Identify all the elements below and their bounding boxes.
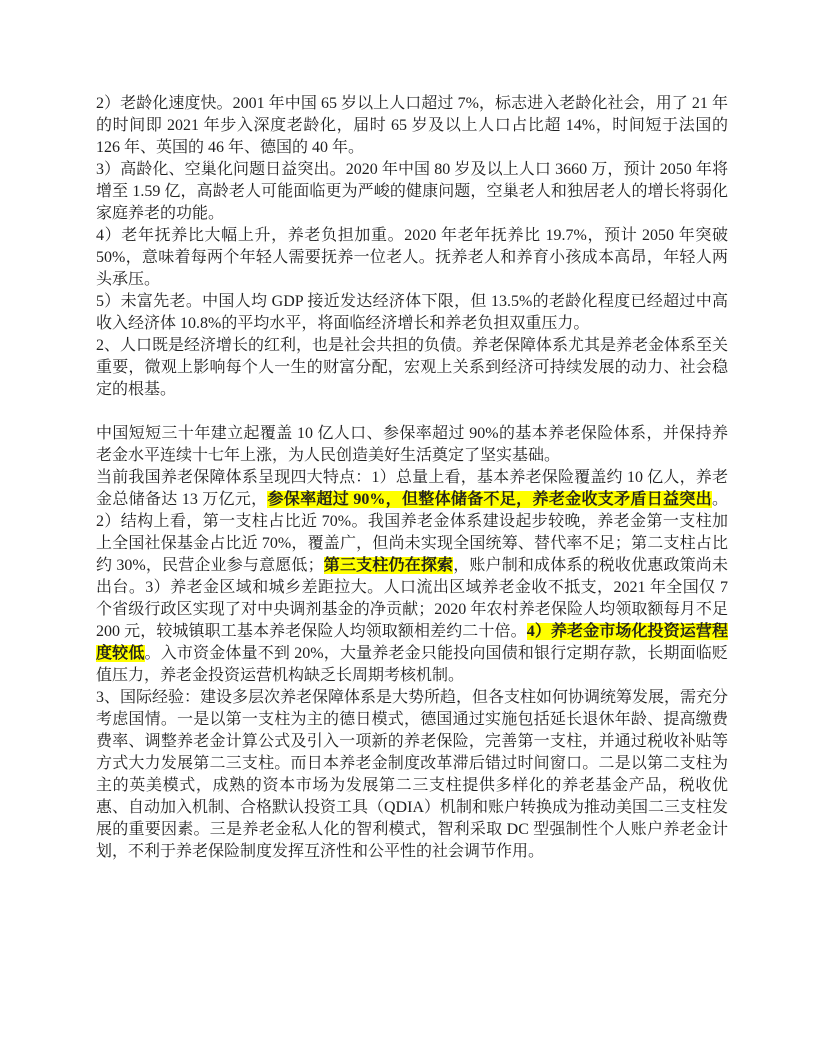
paragraph: 3）高龄化、空巢化问题日益突出。2020 年中国 80 岁及以上人口 3660 … (96, 159, 728, 225)
text-run: 3、国际经验：建设多层次养老保障体系是大势所趋，但各支柱如何协调统筹发展，需充分… (96, 689, 728, 860)
document-body: 2）老龄化速度快。2001 年中国 65 岁以上人口超过 7%，标志进入老龄化社… (96, 93, 728, 863)
text-run: 4）老年抚养比大幅上升，养老负担加重。2020 年老年抚养比 19.7%，预计 … (96, 227, 728, 288)
text-run: 2、人口既是经济增长的红利，也是社会共担的负债。养老保障体系尤其是养老金体系至关… (96, 337, 728, 398)
blank-line (96, 401, 728, 423)
paragraph: 中国短短三十年建立起覆盖 10 亿人口、参保率超过 90%的基本养老保险体系，并… (96, 423, 728, 467)
text-run: 2）老龄化速度快。2001 年中国 65 岁以上人口超过 7%，标志进入老龄化社… (96, 95, 728, 156)
text-run: 。入市资金体量不到 20%，大量养老金只能投向国债和银行定期存款，长期面临贬值压… (96, 645, 728, 684)
paragraph: 2、人口既是经济增长的红利，也是社会共担的负债。养老保障体系尤其是养老金体系至关… (96, 335, 728, 401)
text-run: 5）未富先老。中国人均 GDP 接近发达经济体下限，但 13.5%的老龄化程度已… (96, 293, 728, 332)
document-page: 2）老龄化速度快。2001 年中国 65 岁以上人口超过 7%，标志进入老龄化社… (0, 0, 815, 1055)
text-run: 3）高龄化、空巢化问题日益突出。2020 年中国 80 岁及以上人口 3660 … (96, 161, 728, 222)
highlighted-text: 参保率超过 90%，但整体储备不足，养老金收支矛盾日益突出 (267, 491, 712, 508)
text-run: 中国短短三十年建立起覆盖 10 亿人口、参保率超过 90%的基本养老保险体系，并… (96, 425, 728, 464)
paragraph: 3、国际经验：建设多层次养老保障体系是大势所趋，但各支柱如何协调统筹发展，需充分… (96, 687, 728, 863)
highlighted-text: 第三支柱仍在探索 (324, 557, 454, 574)
paragraph: 当前我国养老保障体系呈现四大特点：1）总量上看，基本养老保险覆盖约 10 亿人，… (96, 467, 728, 687)
paragraph: 2）老龄化速度快。2001 年中国 65 岁以上人口超过 7%，标志进入老龄化社… (96, 93, 728, 159)
paragraph: 5）未富先老。中国人均 GDP 接近发达经济体下限，但 13.5%的老龄化程度已… (96, 291, 728, 335)
paragraph: 4）老年抚养比大幅上升，养老负担加重。2020 年老年抚养比 19.7%，预计 … (96, 225, 728, 291)
